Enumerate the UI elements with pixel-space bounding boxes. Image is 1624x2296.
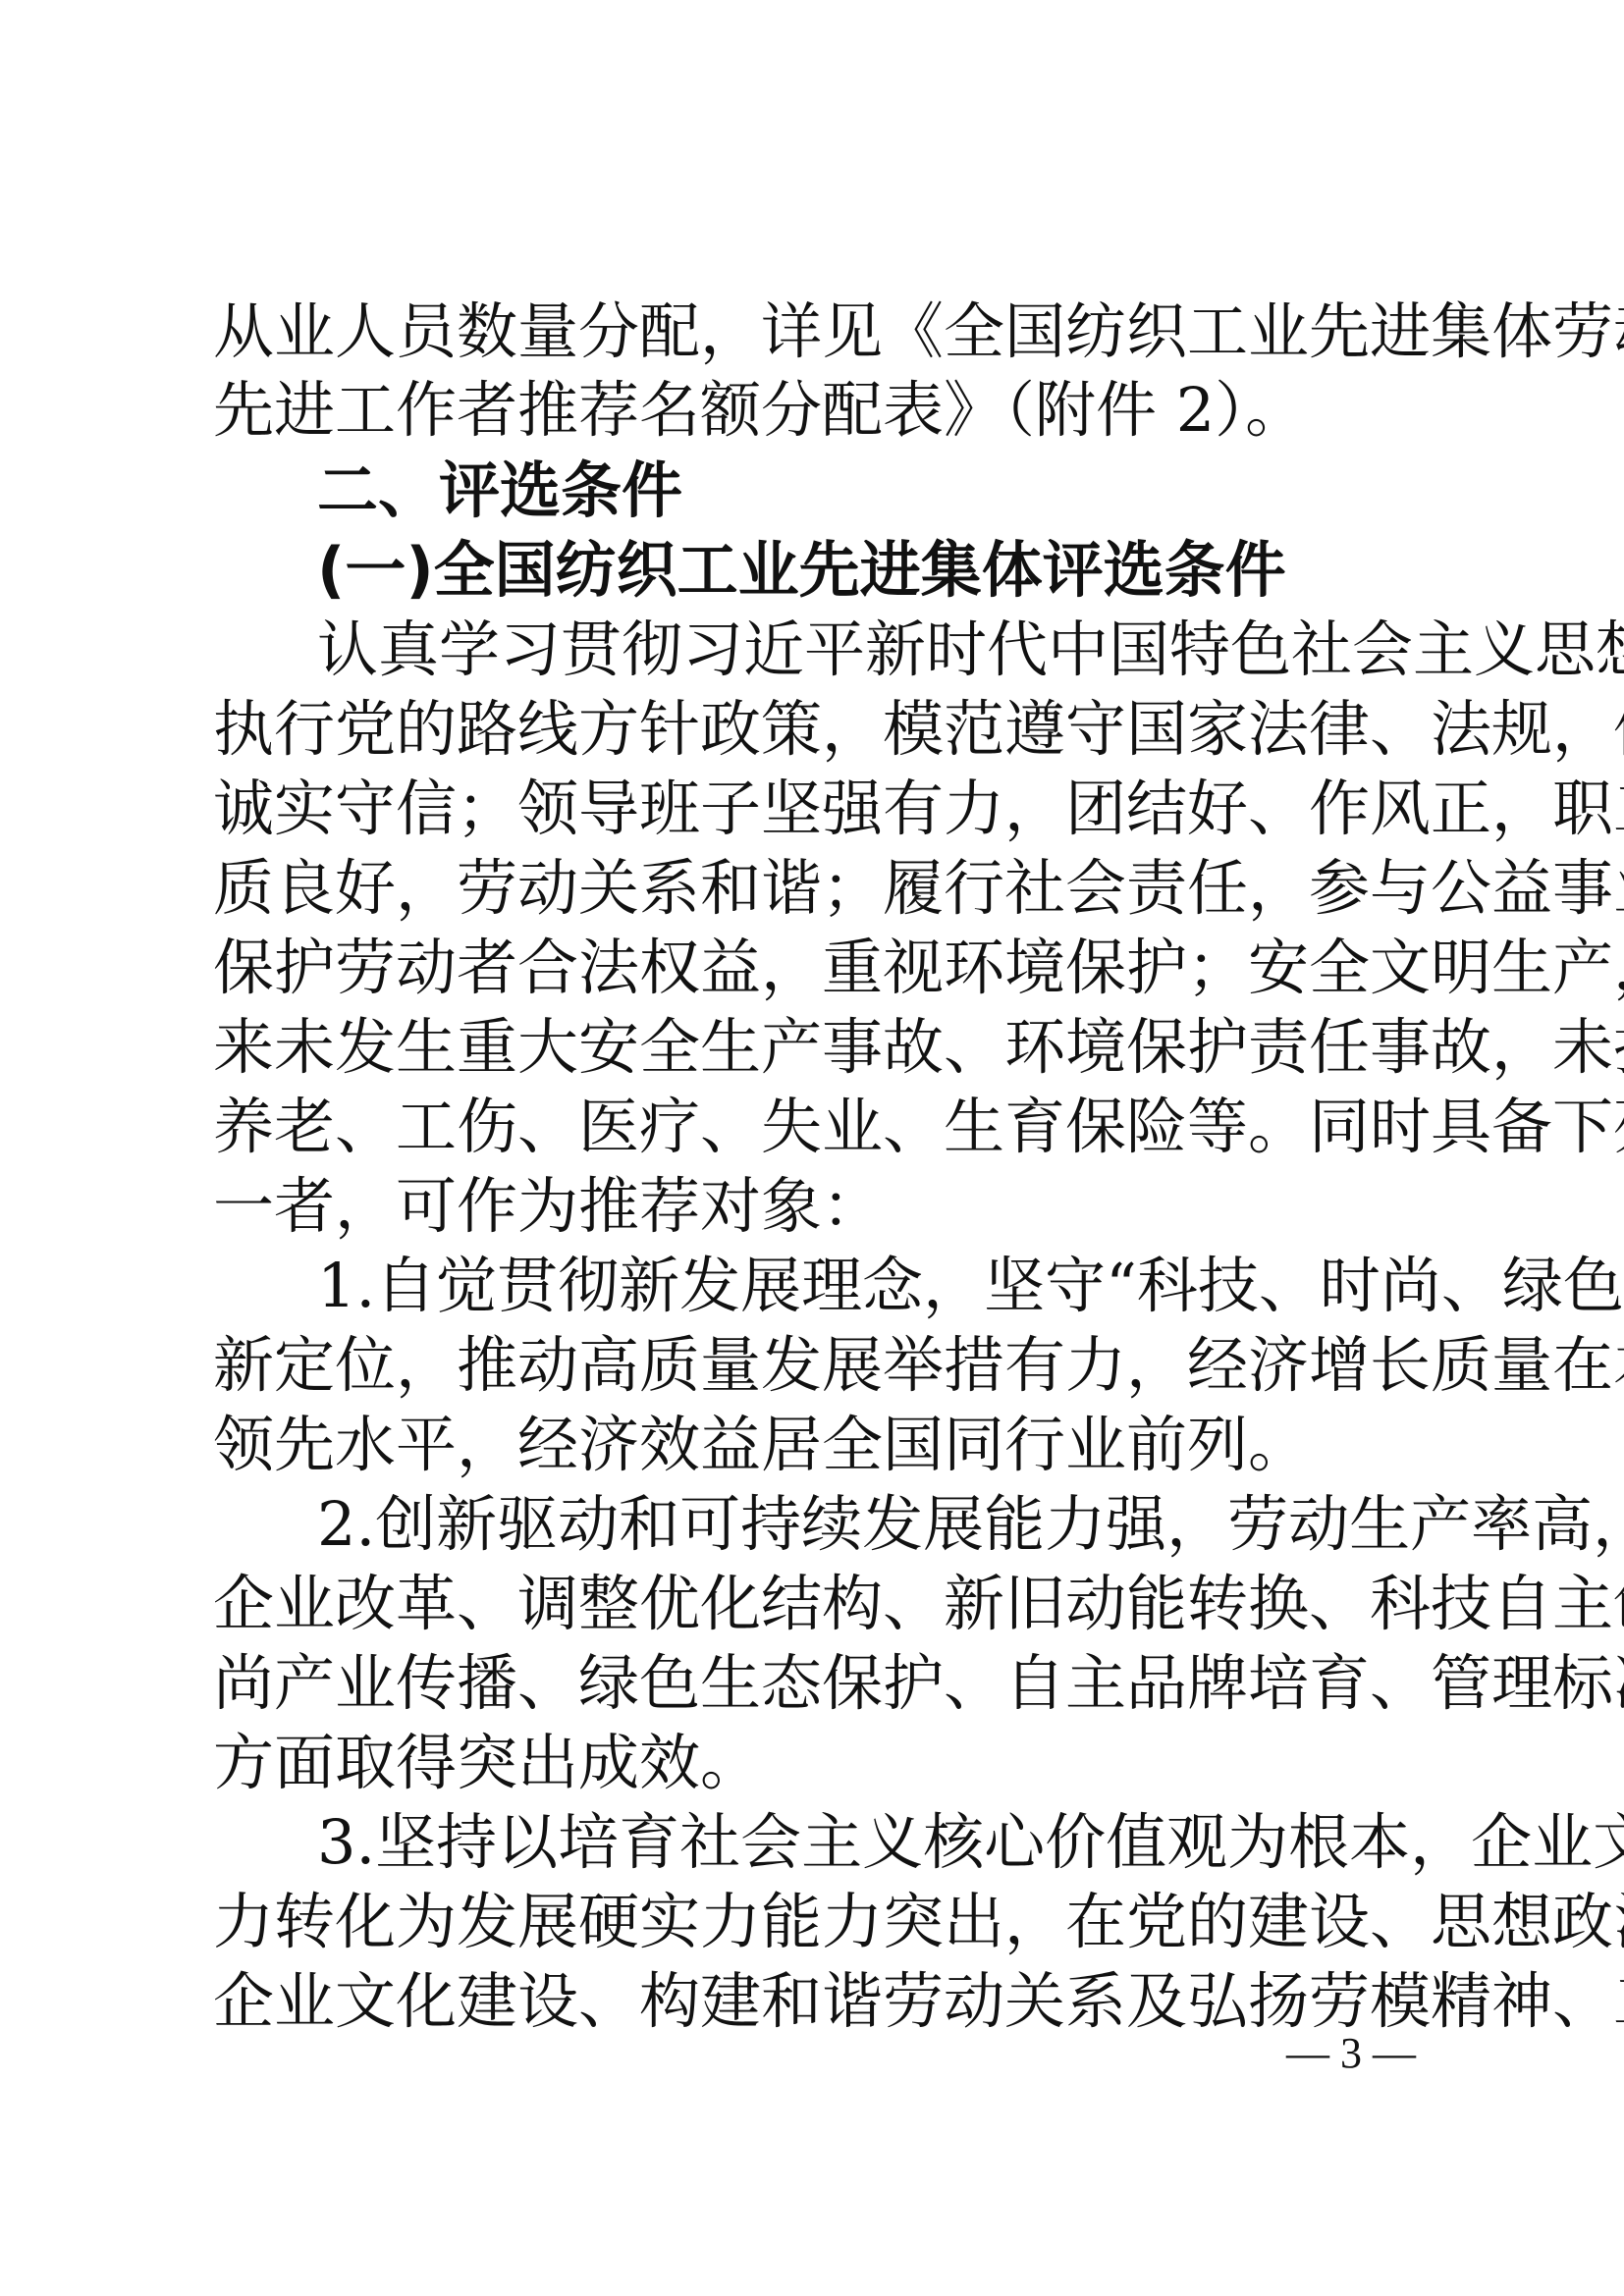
list-item-2-line: 尚产业传播、绿色生态保护、自主品牌培育、管理标准实施等 <box>213 1644 1423 1723</box>
text-line: 来未发生重大安全生产事故、环境保护责任事故，未拖欠职工 <box>213 1008 1423 1087</box>
text-line: 质良好，劳动关系和谐；履行社会责任，参与公益事业，有效 <box>213 849 1423 928</box>
list-item-3-line: 企业文化建设、构建和谐劳动关系及弘扬劳模精神、工匠精神 <box>213 1962 1423 2041</box>
text-line: 从业人员数量分配，详见《全国纺织工业先进集体劳动模范和 <box>213 293 1423 371</box>
text-line: 认真学习贯彻习近平新时代中国特色社会主义思想，坚决 <box>317 611 1423 689</box>
page-number: — 3 — <box>1286 2024 1416 2083</box>
list-item-3-line: 3.坚持以培育社会主义核心价值观为根本，企业文化软实 <box>317 1803 1423 1882</box>
list-item-2-line: 2.创新驱动和可持续发展能力强，劳动生产率高，在深化 <box>317 1485 1423 1564</box>
section-heading: 二、评选条件 <box>317 452 1423 530</box>
text-line: 一者，可作为推荐对象： <box>213 1167 1423 1246</box>
list-item-1-line: 1.自觉贯彻新发展理念，坚守“科技、时尚、绿色”的产业 <box>317 1247 1423 1325</box>
text-line: 执行党的路线方针政策，模范遵守国家法律、法规，依法经营、 <box>213 690 1423 769</box>
text-line: 保护劳动者合法权益，重视环境保护；安全文明生产，近 5 年 <box>213 929 1423 1007</box>
text-line: 诚实守信；领导班子坚强有力，团结好、作风正，职工队伍素 <box>213 770 1423 848</box>
list-item-2-line: 方面取得突出成效。 <box>213 1724 1423 1802</box>
list-item-1-line: 领先水平，经济效益居全国同行业前列。 <box>213 1406 1423 1484</box>
document-page: 从业人员数量分配，详见《全国纺织工业先进集体劳动模范和 先进工作者推荐名额分配表… <box>0 0 1624 2296</box>
text-line: 先进工作者推荐名额分配表》（附件 2）。 <box>213 371 1423 450</box>
subsection-heading: (一)全国纺织工业先进集体评选条件 <box>317 531 1423 610</box>
list-item-1-line: 新定位，推动高质量发展举措有力，经济增长质量在本地区居 <box>213 1326 1423 1405</box>
list-item-3-line: 力转化为发展硬实力能力突出，在党的建设、思想政治工作、 <box>213 1883 1423 1961</box>
text-line: 养老、工伤、医疗、失业、生育保险等。同时具备下列条件之 <box>213 1088 1423 1166</box>
list-item-2-line: 企业改革、调整优化结构、新旧动能转换、科技自主创新、时 <box>213 1565 1423 1643</box>
